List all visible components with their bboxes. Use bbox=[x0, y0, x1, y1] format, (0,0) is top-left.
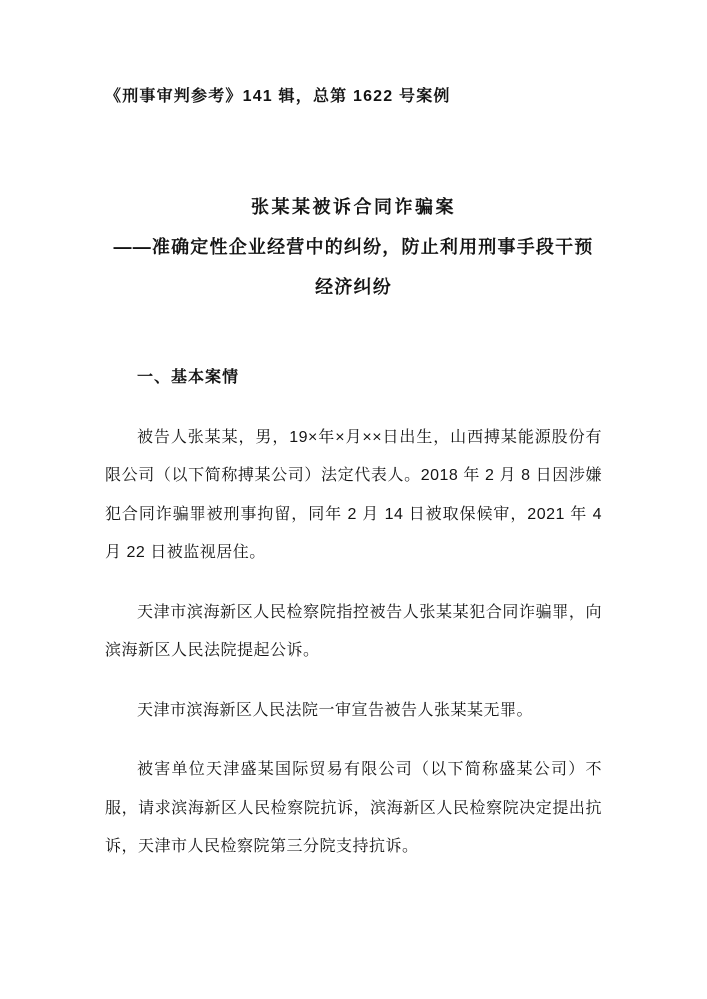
case-subtitle: ——准确定性企业经营中的纠纷，防止利用刑事手段干预 经济纠纷 bbox=[105, 227, 602, 307]
case-subtitle-line-2: 经济纠纷 bbox=[105, 267, 602, 307]
body-paragraph-1: 被告人张某某，男，19×年×月××日出生，山西搏某能源股份有限公司（以下简称搏某… bbox=[105, 419, 602, 573]
body-paragraph-2: 天津市滨海新区人民检察院指控被告人张某某犯合同诈骗罪，向滨海新区人民法院提起公诉… bbox=[105, 594, 602, 671]
title-block: 张某某被诉合同诈骗案 ——准确定性企业经营中的纠纷，防止利用刑事手段干预 经济纠… bbox=[105, 187, 602, 307]
document-header: 《刑事审判参考》141 辑，总第 1622 号案例 bbox=[105, 85, 602, 109]
case-subtitle-line-1: ——准确定性企业经营中的纠纷，防止利用刑事手段干预 bbox=[105, 227, 602, 267]
body-paragraph-4: 被害单位天津盛某国际贸易有限公司（以下简称盛某公司）不服，请求滨海新区人民检察院… bbox=[105, 751, 602, 867]
document-page: 《刑事审判参考》141 辑，总第 1622 号案例 张某某被诉合同诈骗案 ——准… bbox=[0, 0, 707, 999]
case-title: 张某某被诉合同诈骗案 bbox=[105, 187, 602, 227]
section-heading-basic-facts: 一、基本案情 bbox=[105, 359, 602, 398]
body-paragraph-3: 天津市滨海新区人民法院一审宣告被告人张某某无罪。 bbox=[105, 692, 602, 731]
